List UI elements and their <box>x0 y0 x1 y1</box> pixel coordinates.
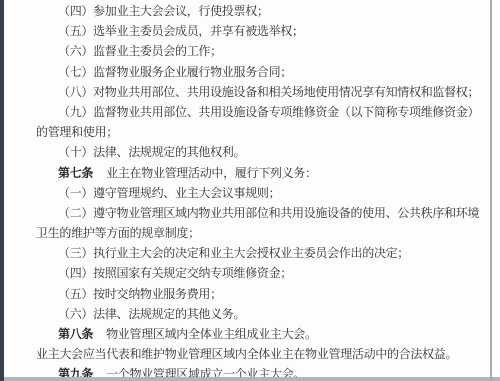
text-line: （四）按照国家有关规定交纳专项维修资金； <box>36 263 488 283</box>
text-line: （十）法律、法规规定的其他权利。 <box>36 142 488 162</box>
text-line: （九）监督物业共用部位、共用设施设备专项维修资金（以下简称专项维修资金） <box>36 102 488 122</box>
line-text: 的管理和使用； <box>36 125 118 139</box>
line-text: 卫生的维护等方面的规章制度； <box>36 226 200 240</box>
article-line: 第八条物业管理区域内全体业主组成业主大会。 <box>36 324 488 344</box>
document-content: （四）参加业主大会会议，行使投票权；（五）选举业主委员会成员，并享有被选举权；（… <box>36 1 488 381</box>
left-edge-bar <box>0 0 4 381</box>
line-text: （七）监督物业服务企业履行物业服务合同； <box>58 65 292 79</box>
line-text: 业主在物业管理活动中，履行下列义务： <box>106 166 317 180</box>
text-line: 卫生的维护等方面的规章制度； <box>36 223 488 243</box>
line-text: （五）选举业主委员会成员，并享有被选举权； <box>58 24 304 38</box>
text-line: （二）遵守物业管理区域内物业共用部位和共用设施设备的使用、公共秩序和环境 <box>36 203 488 223</box>
text-line: （一）遵守管理规约、业主大会议事规则； <box>36 183 488 203</box>
text-line: （八）对物业共用部位、共用设施设备和相关场地使用情况享有知情权和监督权； <box>36 82 488 102</box>
text-line: （五）选举业主委员会成员，并享有被选举权； <box>36 21 488 41</box>
text-line: （六）法律、法规规定的其他义务。 <box>36 304 488 324</box>
right-edge-line <box>490 0 492 381</box>
line-text: 业主大会应当代表和维护物业管理区域内全体业主在物业管理活动中的合法权益。 <box>36 347 457 361</box>
line-text: （六）监督业主委员会的工作； <box>58 44 222 58</box>
page: { "page": { "background": "#fdfdfd", "te… <box>0 0 500 381</box>
article-number: 第八条 <box>58 327 93 341</box>
line-text: （四）参加业主大会会议，行使投票权； <box>58 4 269 18</box>
article-number: 第七条 <box>58 166 93 180</box>
text-line: （七）监督物业服务企业履行物业服务合同； <box>36 62 488 82</box>
line-text: （十）法律、法规规定的其他权利。 <box>58 145 245 159</box>
text-line: （三）执行业主大会的决定和业主大会授权业主委员会作出的决定； <box>36 243 488 263</box>
document-page: （四）参加业主大会会议，行使投票权；（五）选举业主委员会成员，并享有被选举权；（… <box>0 0 500 381</box>
bottom-edge-bar <box>0 377 500 381</box>
text-line: （四）参加业主大会会议，行使投票权； <box>36 1 488 21</box>
text-line: （五）按时交纳物业服务费用； <box>36 284 488 304</box>
line-text: （五）按时交纳物业服务费用； <box>58 287 222 301</box>
line-text: （三）执行业主大会的决定和业主大会授权业主委员会作出的决定； <box>58 246 409 260</box>
line-text: （六）法律、法规规定的其他义务。 <box>58 307 245 321</box>
text-line: 业主大会应当代表和维护物业管理区域内全体业主在物业管理活动中的合法权益。 <box>36 344 488 364</box>
line-text: （八）对物业共用部位、共用设施设备和相关场地使用情况享有知情权和监督权； <box>58 85 479 99</box>
line-text: （一）遵守管理规约、业主大会议事规则； <box>58 186 280 200</box>
text-line: （六）监督业主委员会的工作； <box>36 41 488 61</box>
line-text: 物业管理区域内全体业主组成业主大会。 <box>106 327 317 341</box>
line-text: （四）按照国家有关规定交纳专项维修资金； <box>58 266 292 280</box>
text-line: 的管理和使用； <box>36 122 488 142</box>
line-text: （二）遵守物业管理区域内物业共用部位和共用设施设备的使用、公共秩序和环境 <box>58 206 479 220</box>
line-text: （九）监督物业共用部位、共用设施设备专项维修资金（以下简称专项维修资金） <box>58 105 479 119</box>
article-line: 第七条业主在物业管理活动中，履行下列义务： <box>36 163 488 183</box>
